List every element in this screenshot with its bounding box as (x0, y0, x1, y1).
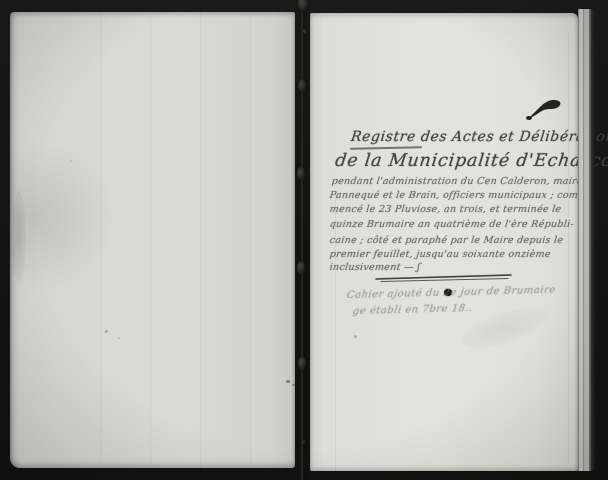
binding-speck (302, 440, 305, 444)
page-edge-stack (578, 9, 595, 471)
body-line: caine ; côté et paraphé par le Maire dep… (329, 235, 564, 246)
ink-flourish-mark-icon (524, 95, 568, 123)
title-underline-stroke (350, 146, 422, 150)
right-page-title: Registre des Actes et Délibérations de l… (310, 13, 578, 471)
paper-speck (70, 160, 72, 162)
paper-speck (118, 337, 120, 339)
body-line: premier feuillet, jusqu'au soixante onzi… (329, 249, 551, 260)
binding-speck (292, 384, 295, 386)
binding-speck (303, 29, 306, 33)
fold-line (100, 12, 101, 468)
fold-line (250, 12, 251, 468)
body-line: mencé le 23 Pluviose, an trois, et termi… (329, 204, 562, 215)
fold-line (200, 12, 201, 468)
paper-speck (105, 330, 108, 333)
binding-speck (286, 380, 290, 383)
body-line: quinze Brumaire an quatrième de l'ère Ré… (329, 219, 575, 230)
fold-line (150, 12, 151, 468)
binding-knot (298, 79, 306, 92)
binding-knot (297, 261, 305, 274)
binding-knot (297, 167, 305, 180)
binding-knot (298, 357, 306, 370)
margin-line (568, 33, 569, 463)
scanned-register-spread: Registre des Actes et Délibérations de l… (0, 0, 608, 480)
double-rule-flourish (373, 272, 515, 284)
body-line: pendant l'administration du Cen Calderon… (331, 176, 583, 187)
pencil-note-line: Cahier ajouté du 2e jour de Brumaire (346, 285, 556, 301)
binding-thread (301, 0, 303, 480)
pencil-note-line: ge établi en 7bre 18.. (352, 303, 474, 317)
paper-stain (12, 192, 26, 282)
register-title-line-2: de la Municipalité d'Echarcon, (334, 151, 608, 171)
paper-speck (354, 335, 357, 338)
register-title-line-1: Registre des Actes et Délibérations (350, 129, 608, 145)
body-line: Pannequé et le Brain, officiers municipa… (329, 190, 582, 201)
left-page-blank (10, 12, 295, 468)
